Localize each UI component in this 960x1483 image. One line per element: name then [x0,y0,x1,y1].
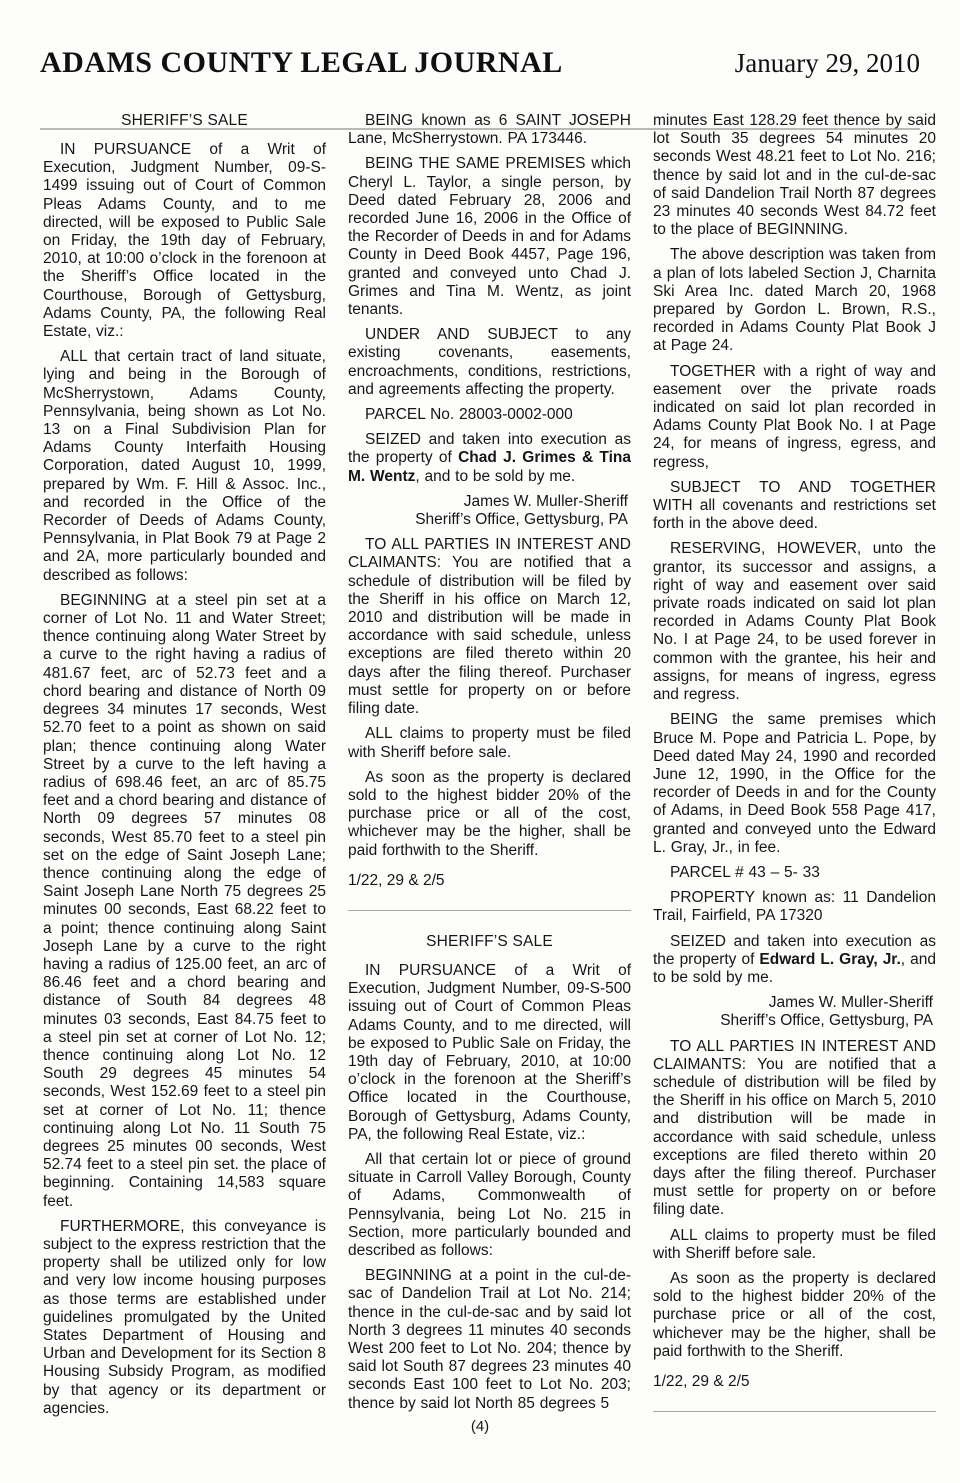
defendant-name: Edward L. Gray, Jr. [759,951,900,968]
column-1: SHERIFF’S SALE IN PURSUANCE of a Writ of… [43,112,326,1425]
paragraph-same-premises: BEING the same premises which Bruce M. P… [653,711,936,857]
notice-divider [348,910,631,911]
page-number: (4) [0,1418,960,1435]
masthead: ADAMS COUNTY LEGAL JOURNAL January 29, 2… [40,46,920,80]
notice-heading: SHERIFF’S SALE [43,112,326,130]
journal-page: ADAMS COUNTY LEGAL JOURNAL January 29, 2… [0,0,960,1483]
seized-suffix: , and to be sold by me. [415,468,575,485]
paragraph-subject-to: SUBJECT TO AND TOGETHER WITH all covenan… [653,479,936,534]
paragraph-to-all-parties: TO ALL PARTIES IN INTEREST AND CLAIMANTS… [653,1038,936,1220]
parcel-number: PARCEL No. 28003-0002-000 [348,406,631,424]
sheriff-name: James W. Muller-Sheriff [348,493,631,511]
publication-dates: 1/22, 29 & 2/5 [653,1373,936,1391]
paragraph-together-with: TOGETHER with a right of way and easemen… [653,363,936,472]
paragraph-reserving: RESERVING, HOWEVER, unto the grantor, it… [653,540,936,704]
paragraph-highest-bidder: As soon as the property is declared sold… [653,1270,936,1361]
paragraph-metes-bounds: BEGINNING at a steel pin set at a corner… [43,592,326,1211]
paragraph-being-known: BEING known as 6 SAINT JOSEPH Lane, McSh… [348,112,631,148]
column-2: BEING known as 6 SAINT JOSEPH Lane, McSh… [348,112,631,1420]
paragraph-furthermore: FURTHERMORE, this conveyance is subject … [43,1218,326,1418]
paragraph-plan-source: The above description was taken from a p… [653,246,936,355]
publication-dates: 1/22, 29 & 2/5 [348,872,631,890]
paragraph-highest-bidder: As soon as the property is declared sold… [348,769,631,860]
column-3: minutes East 128.29 feet thence by said … [653,112,936,1434]
sheriff-office: Sheriff’s Office, Gettysburg, PA [348,511,631,529]
paragraph-under-subject: UNDER AND SUBJECT to any existing covena… [348,326,631,399]
notice-divider [653,1411,936,1412]
paragraph-seized: SEIZED and taken into execution as the p… [348,431,631,486]
notice-heading: SHERIFF’S SALE [348,933,631,951]
paragraph-all-claims: ALL claims to property must be filed wit… [653,1227,936,1263]
issue-date: January 29, 2010 [735,48,920,79]
signoff-block: James W. Muller-Sheriff Sheriff’s Office… [653,994,936,1030]
paragraph-pursuance: IN PURSUANCE of a Writ of Execution, Jud… [348,962,631,1144]
paragraph-metes-bounds: BEGINNING at a point in the cul-de-sac o… [348,1267,631,1413]
paragraph-lot-description: All that certain lot or piece of ground … [348,1151,631,1260]
paragraph-metes-bounds-continued: minutes East 128.29 feet thence by said … [653,112,936,239]
parcel-number: PARCEL # 43 – 5- 33 [653,864,936,882]
paragraph-seized: SEIZED and taken into execution as the p… [653,933,936,988]
paragraph-pursuance: IN PURSUANCE of a Writ of Execution, Jud… [43,141,326,341]
sheriff-office: Sheriff’s Office, Gettysburg, PA [653,1012,936,1030]
notice-columns: SHERIFF’S SALE IN PURSUANCE of a Writ of… [43,112,920,1434]
sheriff-name: James W. Muller-Sheriff [653,994,936,1012]
paragraph-all-claims: ALL claims to property must be filed wit… [348,725,631,761]
paragraph-to-all-parties: TO ALL PARTIES IN INTEREST AND CLAIMANTS… [348,536,631,718]
journal-title: ADAMS COUNTY LEGAL JOURNAL [40,46,563,80]
property-known-as: PROPERTY known as: 11 Dandelion Trail, F… [653,889,936,925]
paragraph-tract-description: ALL that certain tract of land situate, … [43,348,326,585]
signoff-block: James W. Muller-Sheriff Sheriff’s Office… [348,493,631,529]
paragraph-same-premises: BEING THE SAME PREMISES which Cheryl L. … [348,155,631,319]
